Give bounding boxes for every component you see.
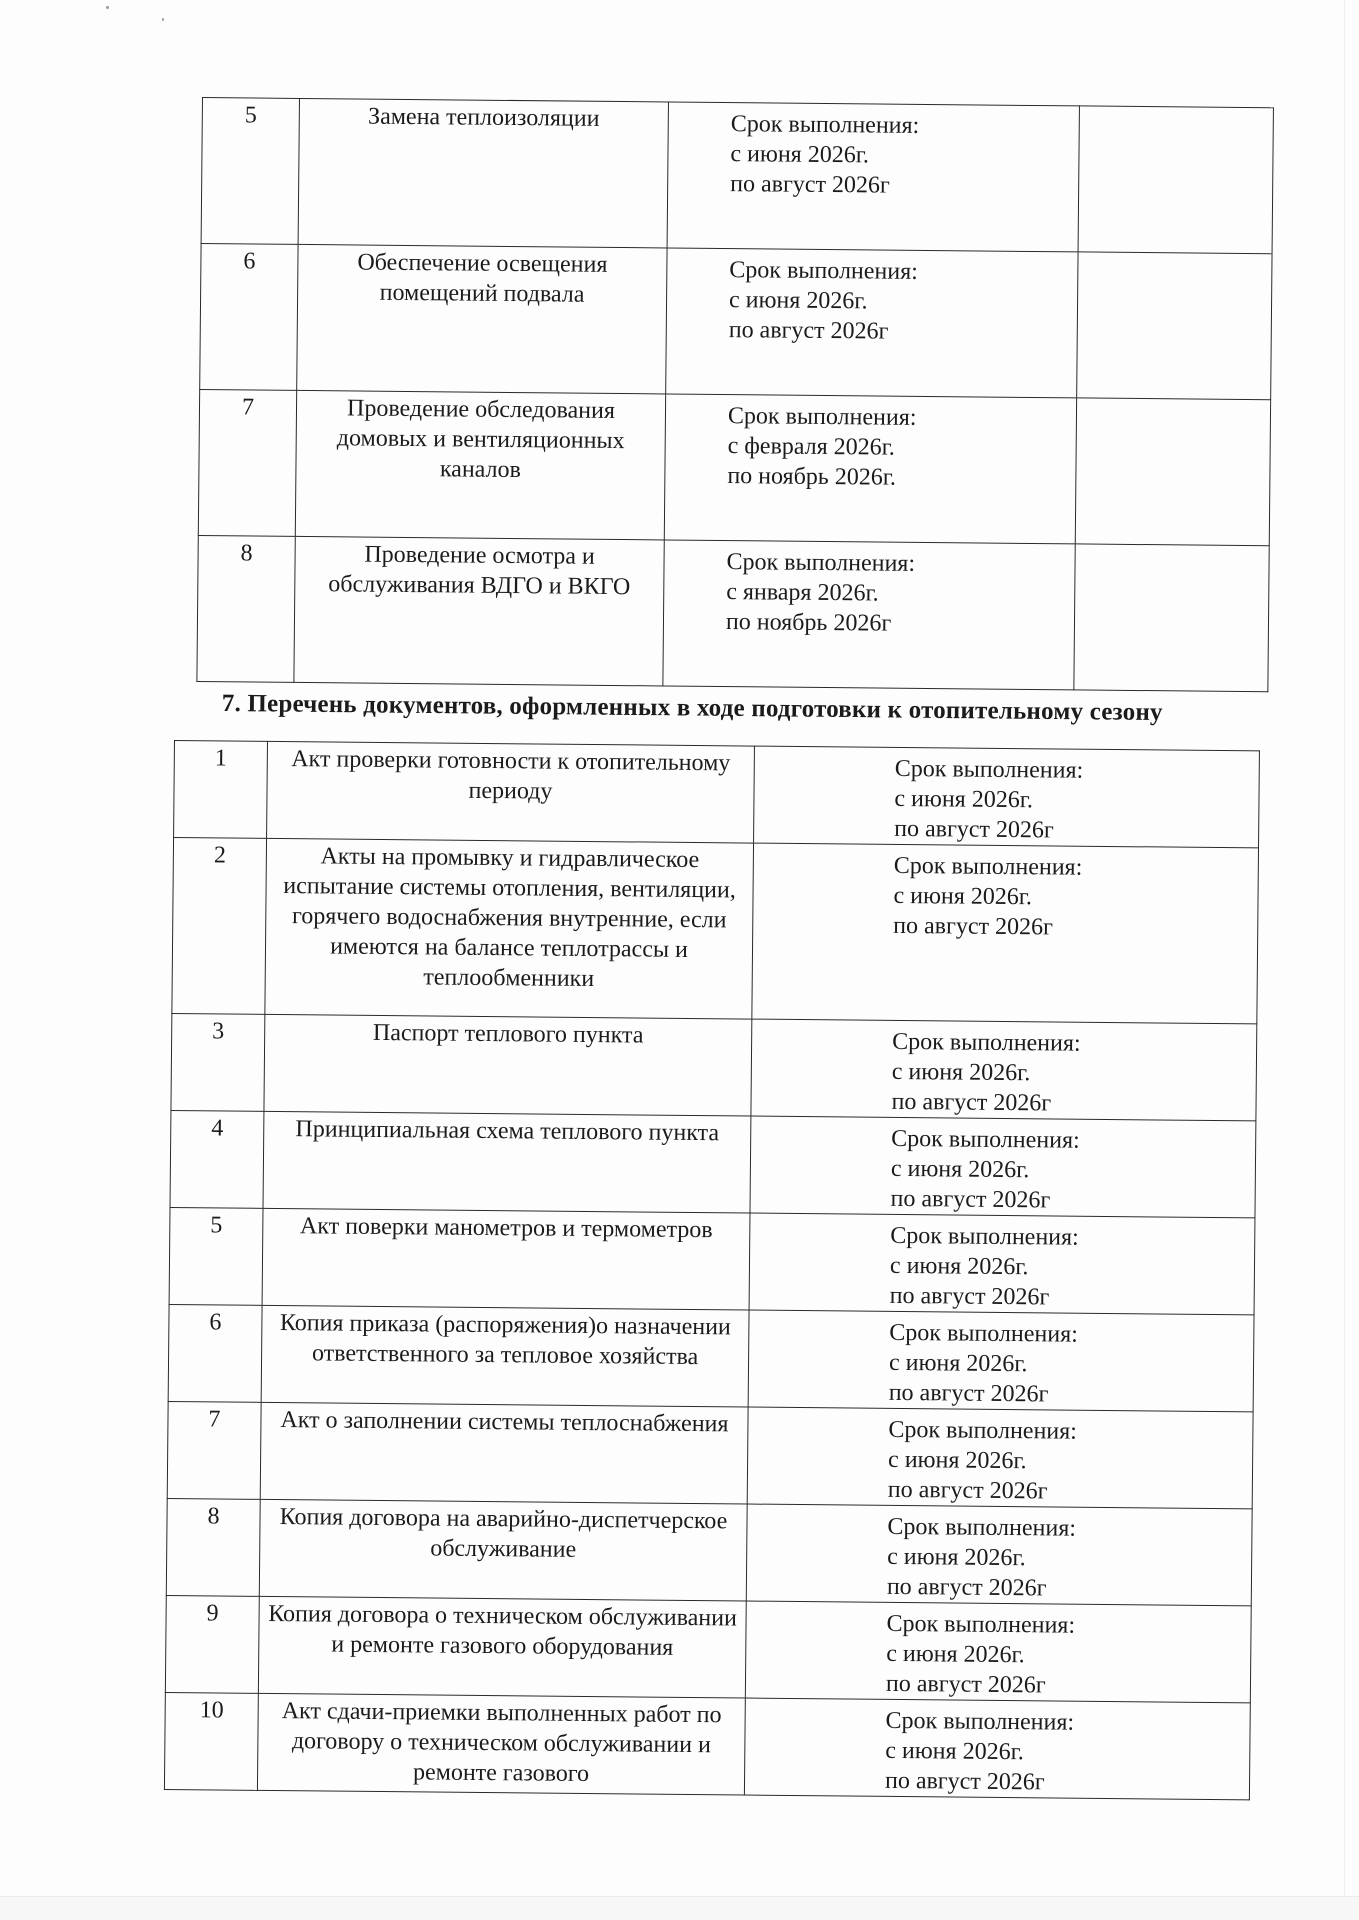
row-number: 3 [171, 1013, 265, 1111]
row-number: 8 [197, 535, 295, 682]
document-name: Акт о заполнении системы теплоснабжения [260, 1402, 748, 1504]
row-number: 8 [166, 1498, 260, 1596]
document-name: Копия договора о техническом обслуживани… [258, 1596, 746, 1698]
work-term: Срок выполнения: с февраля 2026г. по ноя… [664, 394, 1076, 544]
document-term: Срок выполнения: с июня 2026г. по август… [746, 1504, 1252, 1606]
work-note [1074, 544, 1269, 692]
row-number: 5 [169, 1207, 263, 1305]
row-number: 5 [201, 98, 299, 245]
document-name: Акты на промывку и гидравлическое испыта… [265, 838, 754, 1019]
table-row: 10 Акт сдачи-приемки выполненных работ п… [164, 1692, 1250, 1799]
table-row: 7 Акт о заполнении системы теплоснабжени… [167, 1401, 1253, 1508]
scan-speck [106, 6, 109, 9]
work-term: Срок выполнения: с января 2026г. по нояб… [663, 540, 1075, 690]
work-name: Проведение обследования домовых и вентил… [295, 390, 665, 540]
table-row: 5 Акт поверки манометров и термометров С… [169, 1207, 1255, 1314]
document-term: Срок выполнения: с июня 2026г. по август… [748, 1310, 1254, 1412]
document-name: Паспорт теплового пункта [264, 1014, 752, 1116]
row-number: 2 [172, 838, 267, 1015]
work-note [1075, 398, 1270, 546]
table-row: 9 Копия договора о техническом обслужива… [165, 1595, 1251, 1702]
table-row: 1 Акт проверки готовности к отопительном… [174, 741, 1260, 848]
row-number: 7 [198, 389, 296, 536]
section-heading: 7. Перечень документов, оформленных в хо… [222, 690, 1282, 728]
document-term: Срок выполнения: с июня 2026г. по август… [751, 1019, 1257, 1121]
row-number: 6 [168, 1304, 262, 1402]
table-row: 2 Акты на промывку и гидравлическое испы… [172, 838, 1259, 1024]
table-row: 8 Проведение осмотра и обслуживания ВДГО… [197, 535, 1269, 691]
row-number: 4 [170, 1110, 264, 1208]
document-term: Срок выполнения: с июня 2026г. по август… [754, 746, 1260, 848]
work-note [1078, 106, 1273, 254]
row-number: 9 [165, 1595, 259, 1693]
document-term: Срок выполнения: с июня 2026г. по август… [744, 1698, 1250, 1800]
document-name: Копия приказа (распоряжения)о назначении… [261, 1305, 749, 1407]
row-number: 1 [174, 741, 268, 839]
work-name: Замена теплоизоляции [298, 98, 668, 248]
document-name: Копия договора на аварийно-диспетчерское… [259, 1499, 747, 1601]
document-term: Срок выполнения: с июня 2026г. по август… [749, 1213, 1255, 1315]
work-name: Обеспечение освещения помещений подвала [297, 244, 667, 394]
documents-table: 1 Акт проверки готовности к отопительном… [164, 740, 1260, 1800]
table-row: 8 Копия договора на аварийно-диспетчерск… [166, 1498, 1252, 1605]
scan-speck [162, 18, 164, 21]
table-row: 7 Проведение обследования домовых и вент… [198, 389, 1270, 545]
scan-edge [0, 1896, 1359, 1920]
table-row: 4 Принципиальная схема теплового пункта … [170, 1110, 1256, 1217]
document-name: Акт сдачи-приемки выполненных работ по д… [257, 1693, 745, 1795]
works-table: 5 Замена теплоизоляции Срок выполнения: … [196, 97, 1274, 692]
table-row: 3 Паспорт теплового пункта Срок выполнен… [171, 1013, 1257, 1120]
row-number: 6 [200, 243, 298, 390]
document-name: Акт поверки манометров и термометров [262, 1208, 750, 1310]
row-number: 10 [164, 1692, 258, 1790]
work-note [1077, 252, 1272, 400]
document-term: Срок выполнения: с июня 2026г. по август… [745, 1601, 1251, 1703]
table-row: 5 Замена теплоизоляции Срок выполнения: … [201, 98, 1273, 254]
document-term: Срок выполнения: с июня 2026г. по август… [750, 1116, 1256, 1218]
work-term: Срок выполнения: с июня 2026г. по август… [667, 102, 1079, 252]
table-row: 6 Копия приказа (распоряжения)о назначен… [168, 1304, 1254, 1411]
row-number: 7 [167, 1401, 261, 1499]
document-term: Срок выполнения: с июня 2026г. по август… [752, 843, 1259, 1024]
work-name: Проведение осмотра и обслуживания ВДГО и… [294, 536, 664, 686]
work-term: Срок выполнения: с июня 2026г. по август… [666, 248, 1078, 398]
table-row: 6 Обеспечение освещения помещений подвал… [200, 243, 1272, 399]
document-name: Принципиальная схема теплового пункта [263, 1111, 751, 1213]
document-name: Акт проверки готовности к отопительному … [267, 741, 755, 843]
document-term: Срок выполнения: с июня 2026г. по август… [747, 1407, 1253, 1509]
scan-edge [1344, 0, 1345, 1896]
